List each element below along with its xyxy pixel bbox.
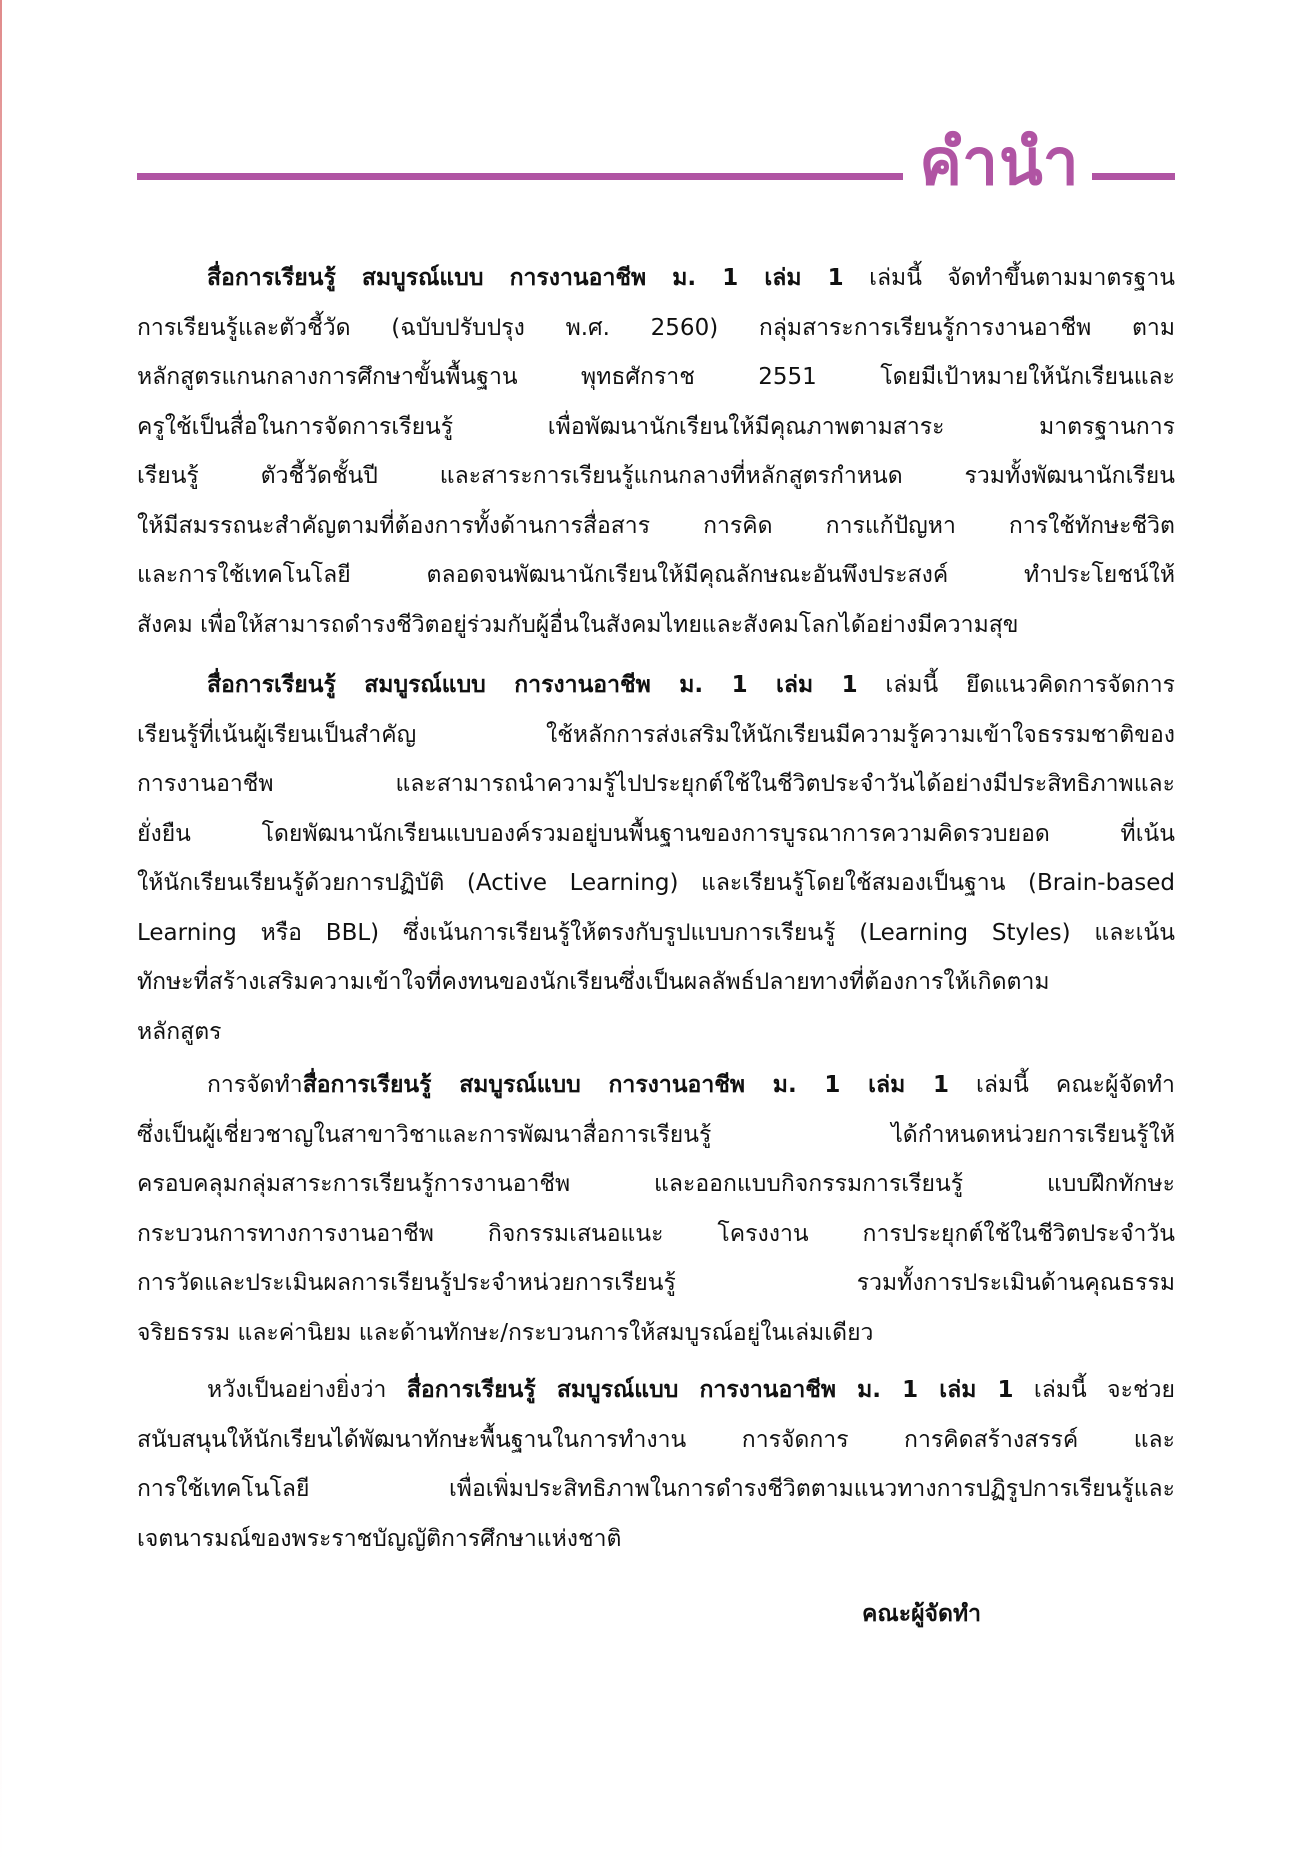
text-line: หวังเป็นอย่างยิ่งว่า สื่อการเรียนรู้ สมบ… bbox=[207, 1370, 1175, 1410]
text-line: สื่อการเรียนรู้ สมบูรณ์แบบ การงานอาชีพ ม… bbox=[207, 258, 1175, 298]
line-text: จริยธรรม และค่านิยม และด้านทักษะ/กระบวนก… bbox=[137, 1320, 873, 1346]
text-line: ยั่งยืน โดยพัฒนานักเรียนแบบองค์รวมอยู่บน… bbox=[137, 814, 1175, 854]
line-text: หลักสูตรแกนกลางการศึกษาขั้นพื้นฐาน พุทธศ… bbox=[137, 364, 1175, 390]
text-line: การเรียนรู้และตัวชี้วัด (ฉบับปรับปรุง พ.… bbox=[137, 308, 1175, 348]
text-line: การใช้เทคโนโลยี เพื่อเพิ่มประสิทธิภาพในก… bbox=[137, 1469, 1175, 1509]
line-text: และการใช้เทคโนโลยี ตลอดจนพัฒนานักเรียนให… bbox=[137, 562, 1175, 588]
line-text: การจัดทำ bbox=[207, 1072, 303, 1098]
text-line: หลักสูตรแกนกลางการศึกษาขั้นพื้นฐาน พุทธศ… bbox=[137, 357, 1175, 397]
line-text: ซึ่งเป็นผู้เชี่ยวชาญในสาขาวิชาและการพัฒน… bbox=[137, 1122, 1175, 1148]
text-line: การงานอาชีพ และสามารถนำความรู้ไปประยุกต์… bbox=[137, 764, 1175, 804]
text-line: สังคม เพื่อให้สามารถดำรงชีวิตอยู่ร่วมกับ… bbox=[137, 605, 1175, 645]
line-text: Learning หรือ BBL) ซึ่งเน้นการเรียนรู้ให… bbox=[137, 920, 1175, 946]
book-title-emphasis: สื่อการเรียนรู้ สมบูรณ์แบบ การงานอาชีพ ม… bbox=[207, 672, 858, 698]
text-line: ให้มีสมรรถนะสำคัญตามที่ต้องการทั้งด้านกา… bbox=[137, 506, 1175, 546]
line-text: ครอบคลุมกลุ่มสาระการเรียนรู้การงานอาชีพ … bbox=[137, 1171, 1175, 1197]
line-text: เรียนรู้ ตัวชี้วัดชั้นปี และสาระการเรียน… bbox=[137, 463, 1175, 489]
text-line: เจตนารมณ์ของพระราชบัญญัติการศึกษาแห่งชาต… bbox=[137, 1519, 1175, 1559]
line-text: เจตนารมณ์ของพระราชบัญญัติการศึกษาแห่งชาต… bbox=[137, 1526, 621, 1552]
text-line: ครอบคลุมกลุ่มสาระการเรียนรู้การงานอาชีพ … bbox=[137, 1164, 1175, 1204]
heading-rule-left bbox=[137, 173, 903, 180]
text-line: กระบวนการทางการงานอาชีพ กิจกรรมเสนอแนะ โ… bbox=[137, 1214, 1175, 1254]
text-line: เรียนรู้ ตัวชี้วัดชั้นปี และสาระการเรียน… bbox=[137, 456, 1175, 496]
line-text: ทักษะที่สร้างเสริมความเข้าใจที่คงทนของนั… bbox=[137, 969, 1050, 995]
book-title-emphasis: สื่อการเรียนรู้ สมบูรณ์แบบ การงานอาชีพ ม… bbox=[303, 1072, 949, 1098]
line-text: สนับสนุนให้นักเรียนได้พัฒนาทักษะพื้นฐานใ… bbox=[137, 1427, 1175, 1453]
book-title-emphasis: สื่อการเรียนรู้ สมบูรณ์แบบ การงานอาชีพ ม… bbox=[207, 265, 844, 291]
line-text: ให้มีสมรรถนะสำคัญตามที่ต้องการทั้งด้านกา… bbox=[137, 513, 1175, 539]
text-line: ครูใช้เป็นสื่อในการจัดการเรียนรู้ เพื่อพ… bbox=[137, 407, 1175, 447]
line-text: เรียนรู้ที่เน้นผู้เรียนเป็นสำคัญ ใช้หลัก… bbox=[137, 722, 1175, 748]
heading-rule-right bbox=[1092, 173, 1175, 180]
line-text: เล่มนี้ จัดทำขึ้นตามมาตรฐาน bbox=[844, 265, 1175, 291]
signature: คณะผู้จัดทำ bbox=[862, 1594, 981, 1634]
line-text: การเรียนรู้และตัวชี้วัด (ฉบับปรับปรุง พ.… bbox=[137, 315, 1175, 341]
text-line: ซึ่งเป็นผู้เชี่ยวชาญในสาขาวิชาและการพัฒน… bbox=[137, 1115, 1175, 1155]
text-line: การวัดและประเมินผลการเรียนรู้ประจำหน่วยก… bbox=[137, 1263, 1175, 1303]
text-line: การจัดทำสื่อการเรียนรู้ สมบูรณ์แบบ การงา… bbox=[207, 1065, 1175, 1105]
page-title: คำนำ bbox=[912, 118, 1087, 208]
line-text: ยั่งยืน โดยพัฒนานักเรียนแบบองค์รวมอยู่บน… bbox=[137, 821, 1175, 847]
line-text: เล่มนี้ จะช่วย bbox=[1013, 1377, 1175, 1403]
line-text: สังคม เพื่อให้สามารถดำรงชีวิตอยู่ร่วมกับ… bbox=[137, 612, 1019, 638]
text-line: สื่อการเรียนรู้ สมบูรณ์แบบ การงานอาชีพ ม… bbox=[207, 665, 1175, 705]
line-text: การใช้เทคโนโลยี เพื่อเพิ่มประสิทธิภาพในก… bbox=[137, 1476, 1175, 1502]
text-line: ทักษะที่สร้างเสริมความเข้าใจที่คงทนของนั… bbox=[137, 962, 1175, 1002]
line-text: หวังเป็นอย่างยิ่งว่า bbox=[207, 1377, 407, 1403]
page-left-edge bbox=[0, 0, 2, 1867]
page-heading: คำนำ bbox=[0, 0, 1312, 230]
line-text: ให้นักเรียนเรียนรู้ด้วยการปฏิบัติ (Activ… bbox=[137, 870, 1175, 896]
line-text: หลักสูตร bbox=[137, 1019, 222, 1045]
book-title-emphasis: สื่อการเรียนรู้ สมบูรณ์แบบ การงานอาชีพ ม… bbox=[407, 1377, 1014, 1403]
text-line: ให้นักเรียนเรียนรู้ด้วยการปฏิบัติ (Activ… bbox=[137, 863, 1175, 903]
line-text: การงานอาชีพ และสามารถนำความรู้ไปประยุกต์… bbox=[137, 771, 1175, 797]
line-text: เล่มนี้ คณะผู้จัดทำ bbox=[949, 1072, 1175, 1098]
line-text: เล่มนี้ ยึดแนวคิดการจัดการ bbox=[858, 672, 1175, 698]
line-text: กระบวนการทางการงานอาชีพ กิจกรรมเสนอแนะ โ… bbox=[137, 1221, 1175, 1247]
line-text: ครูใช้เป็นสื่อในการจัดการเรียนรู้ เพื่อพ… bbox=[137, 414, 1175, 440]
text-line: และการใช้เทคโนโลยี ตลอดจนพัฒนานักเรียนให… bbox=[137, 555, 1175, 595]
text-line: Learning หรือ BBL) ซึ่งเน้นการเรียนรู้ให… bbox=[137, 913, 1175, 953]
line-text: การวัดและประเมินผลการเรียนรู้ประจำหน่วยก… bbox=[137, 1270, 1175, 1296]
text-line: หลักสูตร bbox=[137, 1012, 1175, 1052]
text-line: เรียนรู้ที่เน้นผู้เรียนเป็นสำคัญ ใช้หลัก… bbox=[137, 715, 1175, 755]
text-line: สนับสนุนให้นักเรียนได้พัฒนาทักษะพื้นฐานใ… bbox=[137, 1420, 1175, 1460]
text-line: จริยธรรม และค่านิยม และด้านทักษะ/กระบวนก… bbox=[137, 1313, 1175, 1353]
